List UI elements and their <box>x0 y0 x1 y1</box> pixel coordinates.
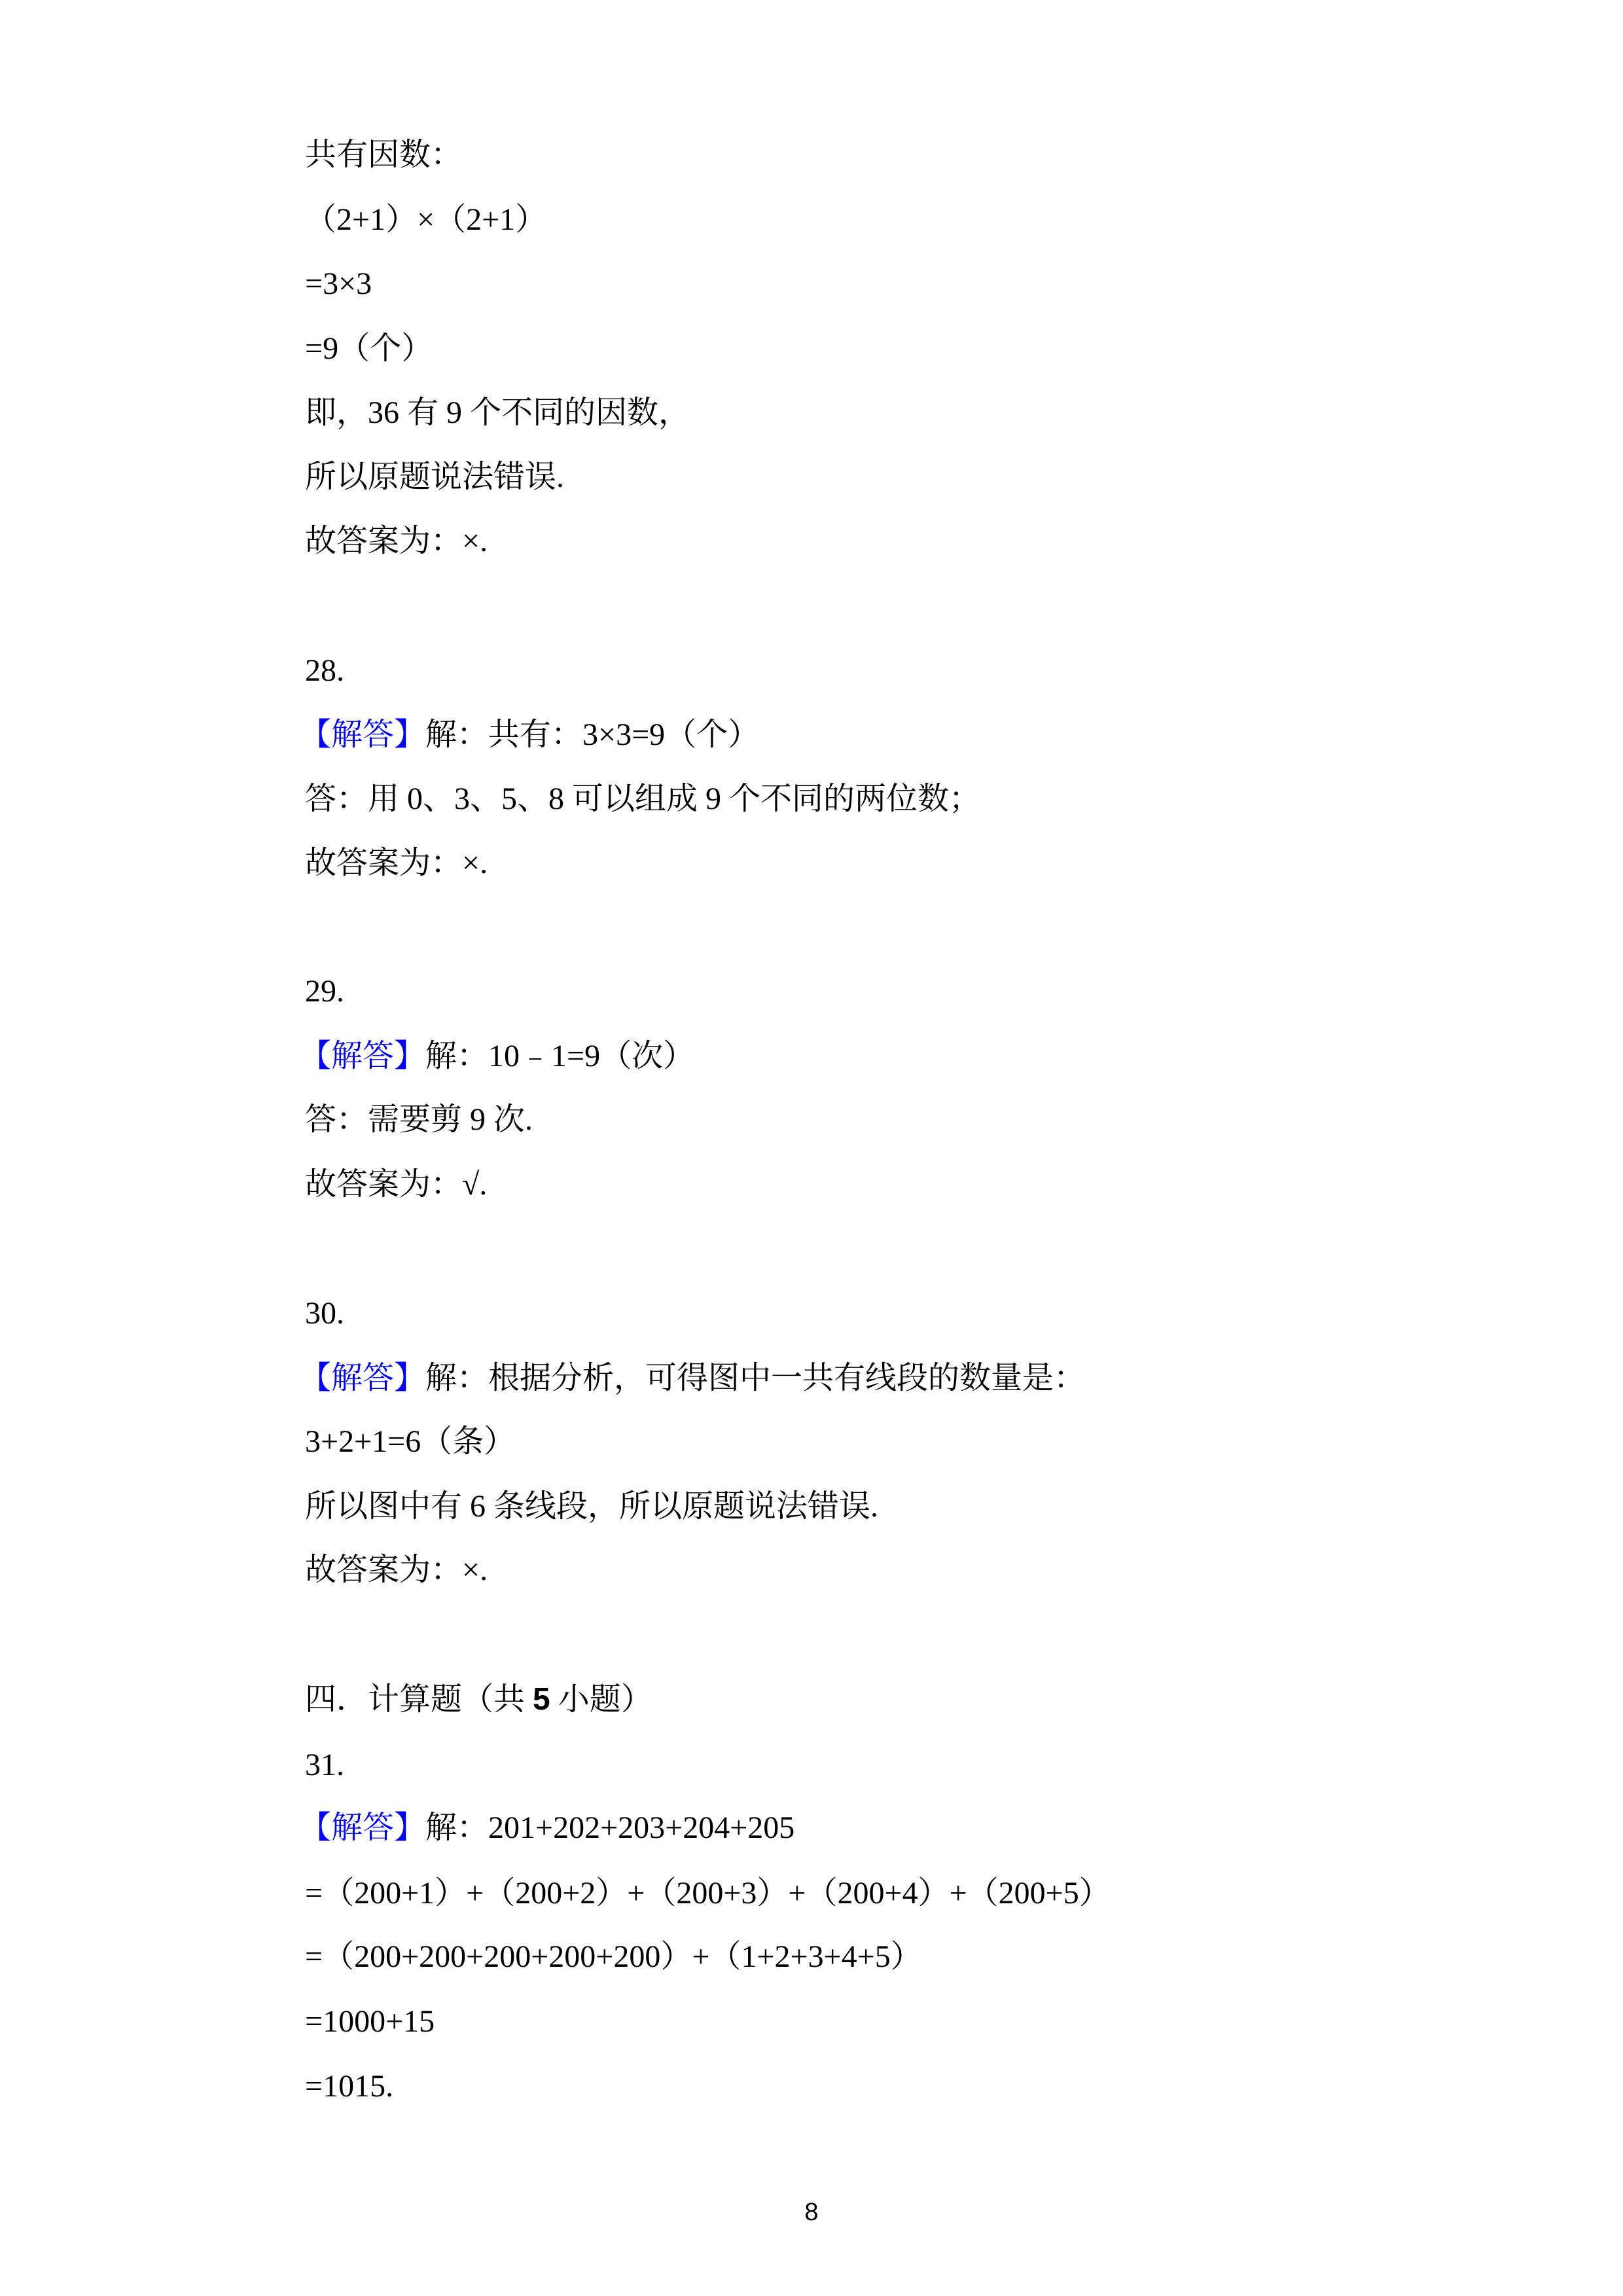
text-line: 故答案为：×. <box>305 522 488 561</box>
page-number: 8 <box>0 2197 1623 2228</box>
text-line: =1015. <box>305 2067 393 2106</box>
text-line: 所以图中有 6 条线段，所以原题说法错误. <box>305 1487 878 1526</box>
section-heading-prefix: 四．计算题（共 <box>305 1682 533 1717</box>
question-number: 28. <box>305 651 344 691</box>
solution-text: 解：共有：3×3=9（个） <box>425 717 759 752</box>
solution-text: 解：根据分析，可得图中一共有线段的数量是： <box>425 1361 1085 1395</box>
answer-tag: 【解答】 <box>300 717 425 752</box>
answer-tag: 【解答】 <box>300 1039 425 1073</box>
answer-line: 【解答】解：201+202+203+204+205 <box>300 1808 794 1848</box>
text-line: =3×3 <box>305 264 372 304</box>
answer-tag: 【解答】 <box>300 1361 425 1395</box>
solution-text: 解：201+202+203+204+205 <box>425 1810 794 1845</box>
text-line: 故答案为：√. <box>305 1165 487 1204</box>
section-question-count: 5 <box>533 1682 550 1717</box>
text-line: =1000+15 <box>305 2002 435 2041</box>
question-number: 29. <box>305 972 344 1011</box>
answer-line: 【解答】解：共有：3×3=9（个） <box>300 715 759 755</box>
text-line: =（200+1）+（200+2）+（200+3）+（200+4）+（200+5） <box>305 1874 1111 1913</box>
answer-line: 【解答】解：10﹣1=9（次） <box>300 1037 694 1076</box>
text-line: 故答案为：×. <box>305 844 488 883</box>
document-page: 共有因数： （2+1）×（2+1） =3×3 =9（个） 即，36 有 9 个不… <box>0 0 1623 2296</box>
section-heading: 四．计算题（共 5 小题） <box>305 1680 652 1719</box>
text-line: 所以原题说法错误. <box>305 457 564 497</box>
text-line: 即，36 有 9 个不同的因数， <box>305 393 690 433</box>
answer-tag: 【解答】 <box>300 1810 425 1845</box>
text-line: =9（个） <box>305 329 433 368</box>
question-number: 31. <box>305 1746 344 1785</box>
text-line: =（200+200+200+200+200）+（1+2+3+4+5） <box>305 1937 922 1977</box>
section-heading-suffix: 小题） <box>550 1682 652 1717</box>
text-line: 故答案为：×. <box>305 1551 488 1590</box>
text-line: （2+1）×（2+1） <box>305 200 546 240</box>
answer-line: 【解答】解：根据分析，可得图中一共有线段的数量是： <box>300 1359 1085 1398</box>
text-line: 共有因数： <box>305 135 462 175</box>
text-line: 3+2+1=6（条） <box>305 1422 515 1462</box>
text-line: 答：用 0、3、5、8 可以组成 9 个不同的两位数； <box>305 780 980 819</box>
text-line: 答：需要剪 9 次. <box>305 1100 533 1139</box>
solution-text: 解：10﹣1=9（次） <box>425 1039 694 1073</box>
question-number: 30. <box>305 1294 344 1333</box>
